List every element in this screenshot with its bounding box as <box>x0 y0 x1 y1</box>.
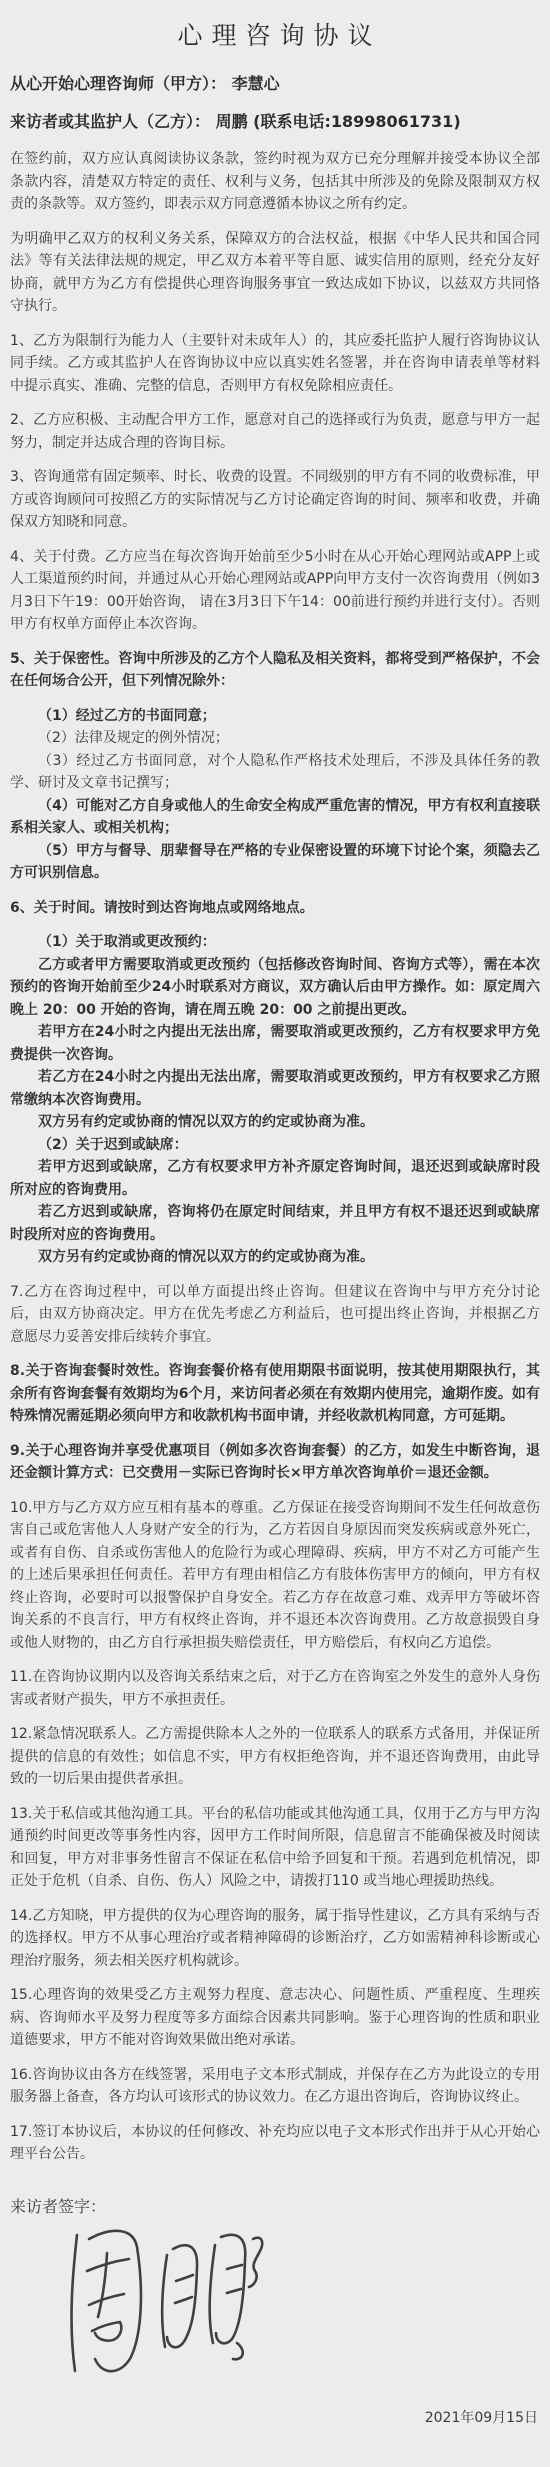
agreement-paragraph: 9.关于心理咨询并享受优惠项目（例如多次咨询套餐）的乙方，如发生中断咨询，退还金… <box>10 1440 540 1485</box>
signature-ink-icon <box>55 2223 305 2403</box>
agreement-paragraph: 7.乙方在咨询过程中，可以单方面提出终止咨询。但建议在咨询中与甲方充分讨论后，由… <box>10 1281 540 1349</box>
signature-date: 2021年09月15日 <box>10 2407 538 2427</box>
agreement-paragraph: 2、乙方应积极、主动配合甲方工作，愿意对自己的选择或行为负责，愿意与甲方一起努力… <box>10 409 540 454</box>
agreement-paragraph: 10.甲方与乙方双方应互相有基本的尊重。乙方保证在接受咨询期间不发生任何故意伤害… <box>10 1497 540 1655</box>
agreement-paragraph: 在签约前，双方应认真阅读协议条款，签约时视为双方已充分理解并接受本协议全部条款内… <box>10 148 540 216</box>
agreement-paragraph: 16.咨询协议由各方在线签署，采用电子文本形式制成，并保存在乙方为此设立的专用服… <box>10 2064 540 2109</box>
agreement-paragraph: 若甲方在24小时之内提出无法出席，需要取消或更改预约，乙方有权要求甲方免费提供一… <box>10 1021 540 1066</box>
agreement-paragraph: 若乙方在24小时之内提出无法出席，需要取消或更改预约，甲方有权要求乙方照常缴纳本… <box>10 1066 540 1111</box>
agreement-paragraph: 双方另有约定或协商的情况以双方的约定或协商为准。 <box>10 1246 540 1269</box>
agreement-paragraph: 14.乙方知晓，甲方提供的仅为心理咨询的服务，属于指导性建议，乙方具有采纳与否的… <box>10 1905 540 1973</box>
signature-label: 来访者签字： <box>10 2194 540 2217</box>
agreement-paragraph: 若甲方迟到或缺席，乙方有权要求甲方补齐原定咨询时间，退还迟到或缺席时段所对应的咨… <box>10 1156 540 1201</box>
agreement-paragraph: （2）法律及规定的例外情况； <box>10 727 540 750</box>
party-a-line: 从心开始心理咨询师（甲方）： 李慧心 <box>10 72 540 96</box>
agreement-paragraph: （3）经过乙方书面同意，对个人隐私作严格技术处理后，不涉及具体任务的教学、研讨及… <box>10 750 540 795</box>
agreement-paragraph: （4）可能对乙方自身或他人的生命安全构成严重危害的情况，甲方有权利直接联系相关家… <box>10 795 540 840</box>
agreement-paragraph: 4、关于付费。乙方应当在每次咨询开始前至少5小时在从心开始心理网站或APP上或人… <box>10 546 540 636</box>
agreement-paragraph: 15.心理咨询的效果受乙方主观努力程度、意志决心、问题性质、严重程度、生理疾病、… <box>10 1984 540 2052</box>
agreement-paragraph: 1、乙方为限制行为能力人（主要针对未成年人）的，其应委托监护人履行咨询协议认同手… <box>10 330 540 398</box>
party-b-line: 来访者或其监护人（乙方）： 周鹏 (联系电话:18998061731) <box>10 110 540 134</box>
agreement-paragraph: 若乙方迟到或缺席，咨询将仍在原定时间结束，并且甲方有权不退还迟到或缺席时段所对应… <box>10 1201 540 1246</box>
agreement-paragraph: 6、关于时间。请按时到达咨询地点或网络地点。 <box>10 897 540 920</box>
agreement-paragraph: 8.关于咨询套餐时效性。咨询套餐价格有使用期限书面说明，按其使用期限执行，其余所… <box>10 1360 540 1428</box>
agreement-paragraph: （1）关于取消或更改预约： <box>10 931 540 954</box>
document-title: 心理咨询协议 <box>10 16 540 52</box>
agreement-paragraph: 17.签订本协议后，本协议的任何修改、补充均应以电子文本形式作出并于从心开始心理… <box>10 2121 540 2166</box>
agreement-paragraph: （5）甲方与督导、朋辈督导在严格的专业保密设置的环境下讨论个案，须隐去乙方可识别… <box>10 840 540 885</box>
agreement-paragraph: 为明确甲乙双方的权利义务关系，保障双方的合法权益，根据《中华人民共和国合同法》等… <box>10 228 540 318</box>
agreement-document: 心理咨询协议 从心开始心理咨询师（甲方）： 李慧心 来访者或其监护人（乙方）： … <box>0 0 550 2467</box>
agreement-paragraph: 乙方或者甲方需要取消或更改预约（包括修改咨询时间、咨询方式等），需在本次预约的咨… <box>10 954 540 1022</box>
agreement-paragraph: （1）经过乙方的书面同意； <box>10 705 540 728</box>
agreement-body: 在签约前，双方应认真阅读协议条款，签约时视为双方已充分理解并接受本协议全部条款内… <box>10 148 540 2166</box>
handwritten-signature <box>55 2223 305 2403</box>
agreement-paragraph: 11.在咨询协议期内以及咨询关系结束之后，对于乙方在咨询室之外发生的意外人身伤害… <box>10 1666 540 1711</box>
agreement-paragraph: 3、咨询通常有固定频率、时长、收费的设置。不同级别的甲方有不同的收费标准，甲方或… <box>10 466 540 534</box>
agreement-paragraph: 双方另有约定或协商的情况以双方的约定或协商为准。 <box>10 1111 540 1134</box>
agreement-paragraph: 12.紧急情况联系人。乙方需提供除本人之外的一位联系人的联系方式备用，并保证所提… <box>10 1723 540 1791</box>
agreement-paragraph: 13.关于私信或其他沟通工具。平台的私信功能或其他沟通工具，仅用于乙方与甲方沟通… <box>10 1803 540 1893</box>
agreement-paragraph: （2）关于迟到或缺席： <box>10 1134 540 1157</box>
agreement-paragraph: 5、关于保密性。咨询中所涉及的乙方个人隐私及相关资料，都将受到严格保护，不会在任… <box>10 648 540 693</box>
